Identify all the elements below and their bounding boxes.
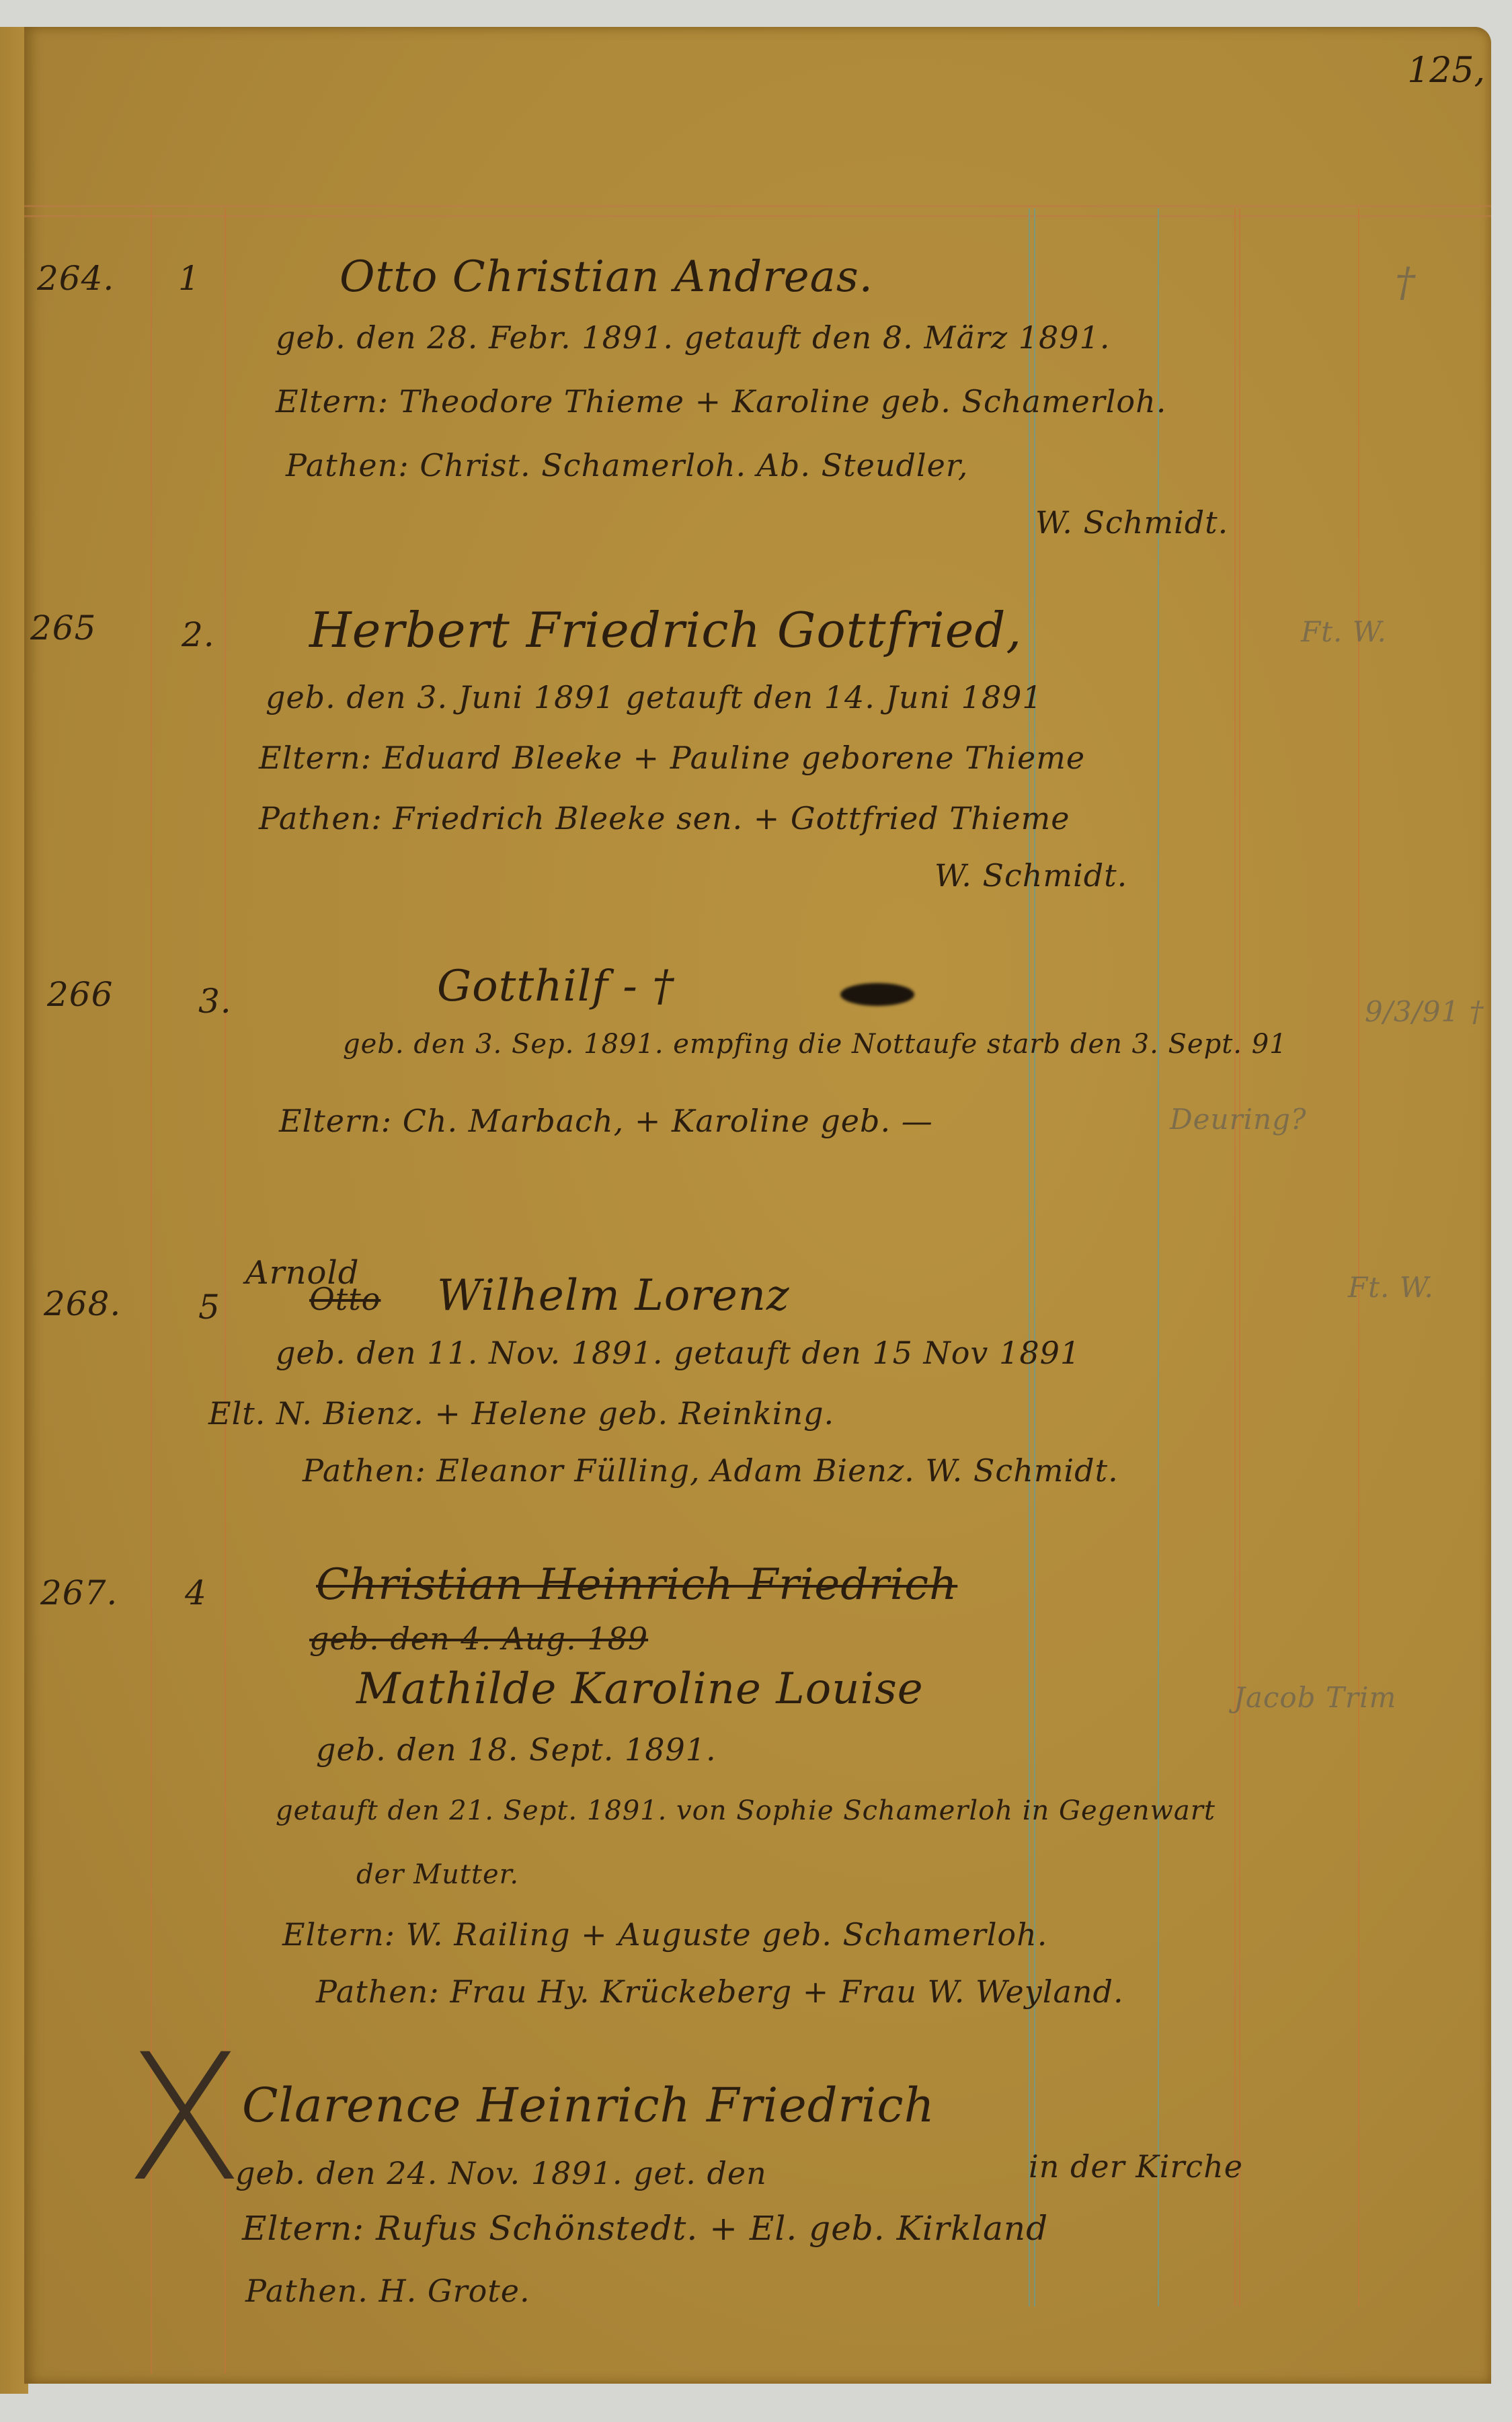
sponsors: Pathen: Friedrich Bleeke sen. + Gottfrie…	[259, 800, 1070, 836]
child-name: Wilhelm Lorenz	[437, 1271, 790, 1321]
baptism: getauft den 21. Sept. 1891. von Sophie S…	[276, 1795, 1216, 1826]
parents: Eltern: W. Railing + Auguste geb. Schame…	[282, 1916, 1047, 1953]
struck-name: Otto	[309, 1281, 381, 1317]
child-name: Clarence Heinrich Friedrich	[242, 2078, 935, 2133]
birth-baptism: geb. den 11. Nov. 1891. getauft den 15 N…	[276, 1335, 1080, 1371]
struck-name: Christian Heinrich Friedrich	[316, 1560, 957, 1610]
sponsors: Pathen: Eleanor Fülling, Adam Bienz. W. …	[303, 1452, 1119, 1489]
margin-note: Ft. W.	[1348, 1271, 1434, 1304]
column-line	[1234, 208, 1236, 2306]
parents: Elt. N. Bienz. + Helene geb. Reinking.	[208, 1395, 834, 1432]
register-page	[24, 27, 1491, 2384]
entry-number: 5	[198, 1288, 221, 1327]
sponsors: Pathen: Frau Hy. Krückeberg + Frau W. We…	[316, 1974, 1124, 2010]
pencil-note: Deuring?	[1170, 1103, 1307, 1136]
parents: Eltern: Rufus Schönstedt. + El. geb. Kir…	[242, 2209, 1048, 2248]
child-name: Mathilde Karoline Louise	[356, 1664, 924, 1714]
sponsors: Pathen: Christ. Schamerloh. Ab. Steudler…	[286, 447, 968, 483]
pastor-signature: W. Schmidt.	[1035, 504, 1228, 541]
column-line	[1239, 208, 1240, 2306]
register-number: 268.	[44, 1284, 121, 1323]
entry-number: 1	[178, 259, 200, 298]
parents: Eltern: Eduard Bleeke + Pauline geborene…	[259, 740, 1085, 776]
birth-baptism: geb. den 3. Juni 1891 getauft den 14. Ju…	[266, 679, 1043, 715]
header-rule	[24, 205, 1491, 207]
entry-number: 4	[185, 1573, 207, 1612]
margin-note: Ft. W.	[1301, 615, 1387, 648]
pastor-signature: W. Schmidt.	[934, 857, 1127, 894]
margin-note: 9/3/91 †	[1365, 995, 1484, 1028]
header-rule	[24, 215, 1491, 217]
register-number: 266	[47, 975, 113, 1014]
cross-mark-icon: X	[124, 2017, 244, 2220]
margin-note: Jacob Trim	[1234, 1681, 1396, 1714]
parents: Eltern: Ch. Marbach, + Karoline geb. —	[279, 1103, 933, 1139]
baptism-cont: der Mutter.	[356, 1859, 519, 1890]
register-number: 267.	[40, 1573, 118, 1612]
entry-number: 2.	[182, 615, 215, 654]
child-name: Herbert Friedrich Gottfried,	[309, 602, 1022, 658]
parents: Eltern: Theodore Thieme + Karoline geb. …	[276, 383, 1166, 420]
ink-blot	[840, 983, 914, 1006]
birth-death: geb. den 3. Sep. 1891. empfing die Notta…	[343, 1029, 1287, 1060]
birth-baptism: geb. den 24. Nov. 1891. get. den	[235, 2155, 767, 2191]
entry-number: 3.	[198, 982, 232, 1021]
location: in der Kirche	[1029, 2148, 1243, 2185]
struck-birth: geb. den 4. Aug. 189	[309, 1620, 648, 1657]
column-line	[1358, 208, 1359, 2306]
death-cross-icon: †	[1395, 259, 1416, 306]
child-name: Otto Christian Andreas.	[340, 252, 873, 302]
register-number: 265	[30, 609, 96, 648]
birth-date: geb. den 18. Sept. 1891.	[316, 1731, 717, 1768]
birth-baptism: geb. den 28. Febr. 1891. getauft den 8. …	[276, 319, 1110, 356]
page-number: 125,	[1407, 50, 1485, 91]
child-name: Gotthilf - †	[437, 962, 674, 1011]
register-number: 264.	[37, 259, 114, 298]
sponsors: Pathen. H. Grote.	[245, 2273, 530, 2309]
